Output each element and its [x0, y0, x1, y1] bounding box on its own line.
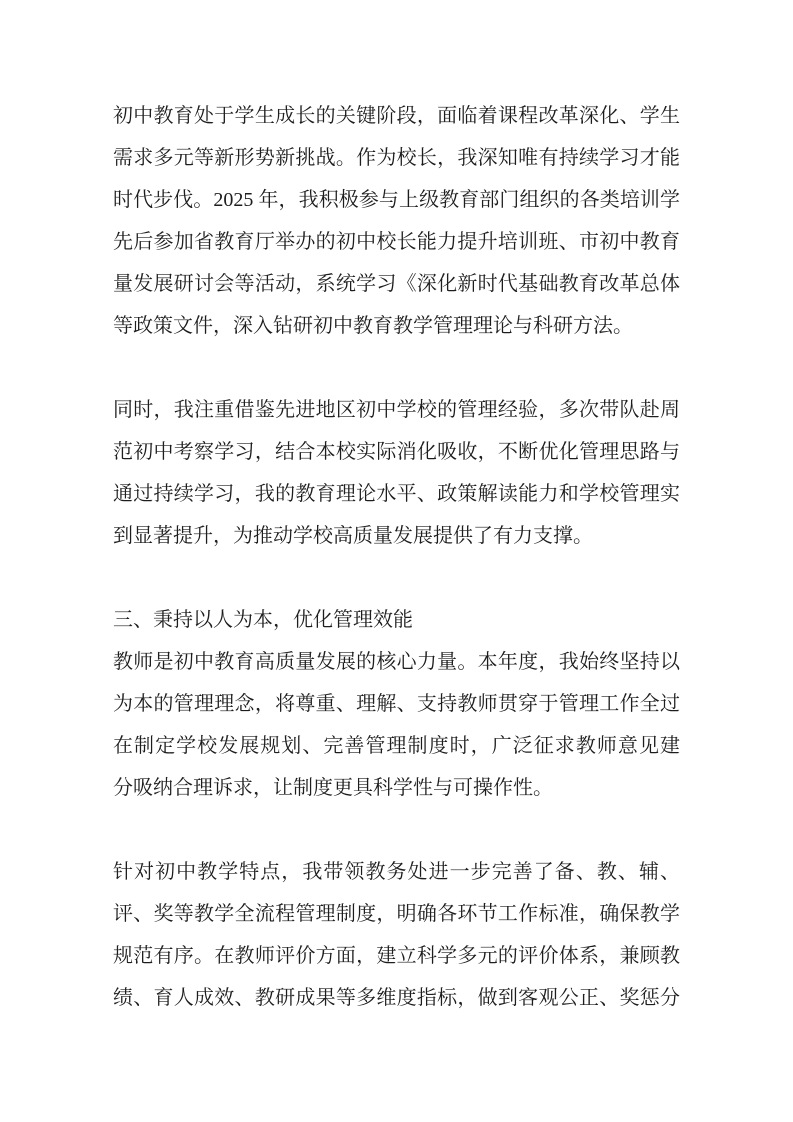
text-line: 先后参加省教育厅举办的初中校长能力提升培训班、市初中教育高质 — [113, 221, 680, 263]
text-line: 三、秉持以人为本，优化管理效能 — [113, 599, 680, 641]
text-line: 通过持续学习，我的教育理论水平、政策解读能力和学校管理实效得 — [113, 473, 680, 515]
section-heading: 三、秉持以人为本，优化管理效能 — [113, 599, 680, 641]
paragraph: 初中教育处于学生成长的关键阶段，面临着课程改革深化、学生成长需求多元等新形势新挑… — [113, 95, 680, 347]
text-line: 为本的管理理念，将尊重、理解、支持教师贯穿于管理工作全过程。 — [113, 683, 680, 725]
paragraph: 同时，我注重借鉴先进地区初中学校的管理经验，多次带队赴周边示范初中考察学习，结合… — [113, 389, 680, 557]
text-line: 等政策文件，深入钻研初中教育教学管理理论与科研方法。 — [113, 305, 680, 347]
document-page: 初中教育处于学生成长的关键阶段，面临着课程改革深化、学生成长需求多元等新形势新挑… — [0, 0, 793, 1122]
text-line: 评、奖等教学全流程管理制度，明确各环节工作标准，确保教学管理 — [113, 893, 680, 935]
text-line: 教师是初中教育高质量发展的核心力量。本年度，我始终坚持以教师 — [113, 641, 680, 683]
paragraph: 针对初中教学特点，我带领教务处进一步完善了备、教、辅、批、考、评、奖等教学全流程… — [113, 851, 680, 1019]
text-line: 同时，我注重借鉴先进地区初中学校的管理经验，多次带队赴周边示 — [113, 389, 680, 431]
text-line: 规范有序。在教师评价方面，建立科学多元的评价体系，兼顾教学成 — [113, 935, 680, 977]
paragraph: 教师是初中教育高质量发展的核心力量。本年度，我始终坚持以教师为本的管理理念，将尊… — [113, 641, 680, 809]
text-line: 初中教育处于学生成长的关键阶段，面临着课程改革深化、学生成长 — [113, 95, 680, 137]
text-line: 量发展研讨会等活动，系统学习《深化新时代基础教育改革总体方案》 — [113, 263, 680, 305]
text-line: 到显著提升，为推动学校高质量发展提供了有力支撑。 — [113, 515, 680, 557]
text-line: 需求多元等新形势新挑战。作为校长，我深知唯有持续学习才能跟上 — [113, 137, 680, 179]
text-line: 范初中考察学习，结合本校实际消化吸收，不断优化管理思路与举措。 — [113, 431, 680, 473]
text-line: 针对初中教学特点，我带领教务处进一步完善了备、教、辅、批、考、 — [113, 851, 680, 893]
text-line: 在制定学校发展规划、完善管理制度时，广泛征求教师意见建议，充 — [113, 725, 680, 767]
text-line: 时代步伐。2025 年，我积极参与上级教育部门组织的各类培训学习， — [113, 179, 680, 221]
text-line: 分吸纳合理诉求，让制度更具科学性与可操作性。 — [113, 767, 680, 809]
text-line: 绩、育人成效、教研成果等多维度指标，做到客观公正、奖惩分明， — [113, 977, 680, 1019]
